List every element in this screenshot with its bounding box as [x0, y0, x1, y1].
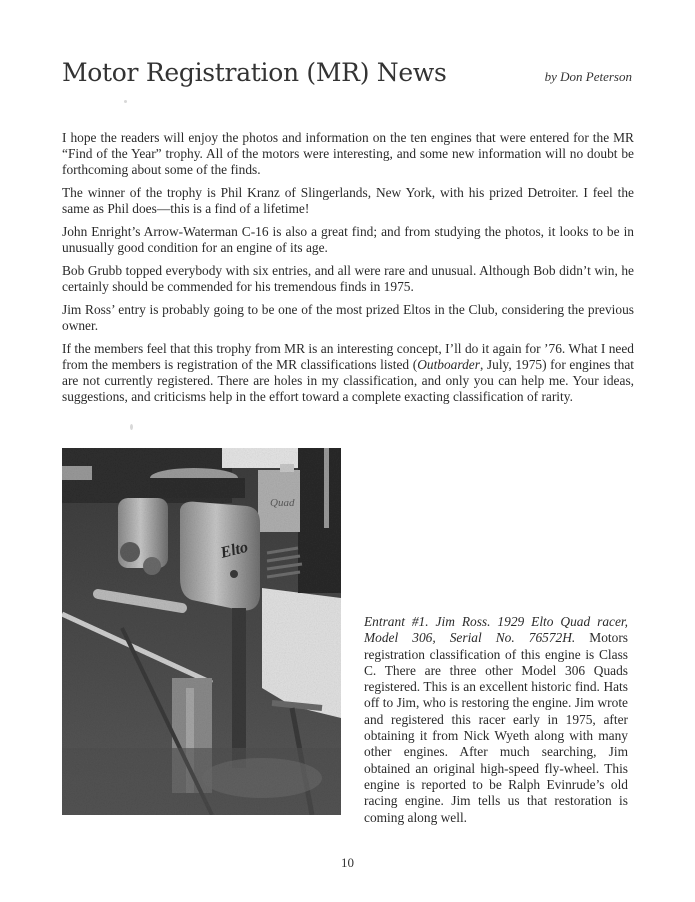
page-number: 10: [0, 855, 695, 871]
caption-body: Motors registration classification of th…: [364, 630, 628, 824]
scan-speck: [130, 424, 133, 430]
scan-speck: [124, 100, 127, 103]
publication-title: Outboarder: [417, 357, 480, 372]
article-paragraph: Bob Grubb topped everybody with six entr…: [62, 263, 634, 295]
elto-quad-engine-illustration: Quad Elto: [62, 448, 341, 815]
page-title: Motor Registration (MR) News: [62, 58, 447, 87]
article-paragraph: John Enright’s Arrow-Waterman C-16 is al…: [62, 224, 634, 256]
engine-photo: Quad Elto: [62, 448, 341, 815]
article-paragraph: If the members feel that this trophy fro…: [62, 341, 634, 405]
article-paragraph: I hope the readers will enjoy the photos…: [62, 130, 634, 178]
author-byline: by Don Peterson: [545, 69, 632, 85]
article-body: I hope the readers will enjoy the photos…: [62, 130, 634, 412]
article-paragraph: Jim Ross’ entry is probably going to be …: [62, 302, 634, 334]
article-paragraph: The winner of the trophy is Phil Kranz o…: [62, 185, 634, 217]
can-label: Quad: [270, 497, 295, 509]
page-header: Motor Registration (MR) News by Don Pete…: [62, 58, 632, 94]
photo-caption: Entrant #1. Jim Ross. 1929 Elto Quad rac…: [364, 614, 628, 826]
